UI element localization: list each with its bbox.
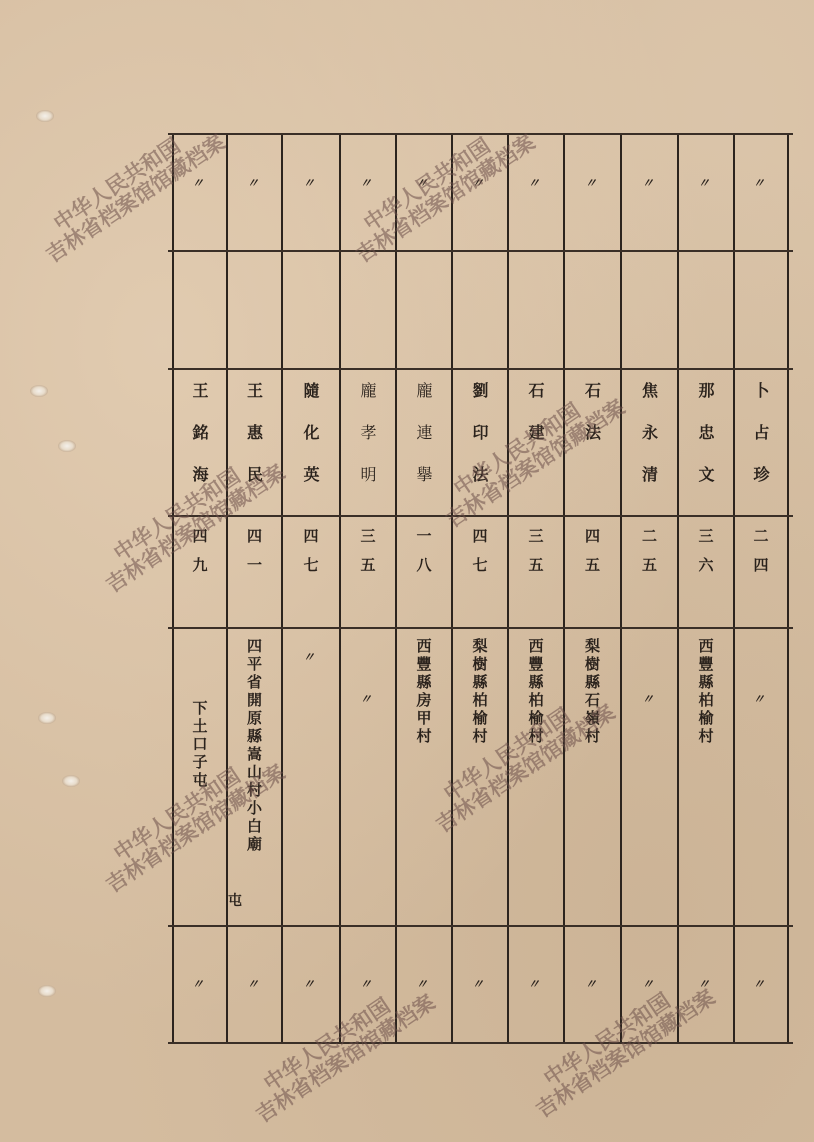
person-name: 卜占珍 xyxy=(733,382,787,512)
person-age: 四一 xyxy=(226,528,281,623)
table-row-rule xyxy=(168,1042,793,1044)
person-age: 二五 xyxy=(620,528,677,623)
person-age: 二四 xyxy=(733,528,787,623)
ditto-mark: 〃 xyxy=(359,975,376,992)
person-name: 焦永清 xyxy=(620,382,677,512)
person-name: 王銘海 xyxy=(172,382,226,512)
ditto-mark: 〃 xyxy=(245,174,262,191)
person-hometown: 西豐縣柏榆村 xyxy=(677,638,733,918)
person-age: 一八 xyxy=(395,528,451,623)
table-row-rule xyxy=(168,925,793,927)
person-name: 隨化英 xyxy=(281,382,339,512)
person-name: 龐孝明 xyxy=(339,382,395,512)
person-hometown: 四平省開原縣嵩山村小白廟 xyxy=(226,638,281,918)
table-row-rule xyxy=(168,250,793,252)
person-hometown: 西豐縣柏榆村 xyxy=(507,638,563,918)
person-hometown: 西豐縣房甲村 xyxy=(395,638,451,918)
person-age: 四七 xyxy=(451,528,507,623)
ditto-mark: 〃 xyxy=(302,975,319,992)
person-hometown: 梨樹縣石嶺村 xyxy=(563,638,620,918)
person-age: 四五 xyxy=(563,528,620,623)
person-age: 四七 xyxy=(281,528,339,623)
table-row-rule xyxy=(168,515,793,517)
punch-hole xyxy=(38,985,56,997)
person-hometown: 梨樹縣柏榆村 xyxy=(451,638,507,918)
ditto-mark: 〃 xyxy=(640,174,657,191)
ditto-mark: 〃 xyxy=(752,174,769,191)
person-name: 石法 xyxy=(563,382,620,512)
ditto-mark: 〃 xyxy=(697,975,714,992)
person-age: 三五 xyxy=(339,528,395,623)
ditto-mark: 〃 xyxy=(191,174,208,191)
person-age: 三六 xyxy=(677,528,733,623)
ditto-mark: 〃 xyxy=(527,174,544,191)
ditto-mark: 〃 xyxy=(640,690,657,707)
ditto-mark: 〃 xyxy=(640,975,657,992)
person-name: 劉印法 xyxy=(451,382,507,512)
person-name: 石建 xyxy=(507,382,563,512)
ditto-mark: 〃 xyxy=(527,975,544,992)
person-name: 那忠文 xyxy=(677,382,733,512)
ditto-mark: 〃 xyxy=(415,975,432,992)
table-row-rule xyxy=(168,368,793,370)
punch-hole xyxy=(30,385,48,397)
person-name: 龐連擧 xyxy=(395,382,451,512)
ditto-mark: 〃 xyxy=(752,690,769,707)
punch-hole xyxy=(58,440,76,452)
person-hometown: 下土口子屯 xyxy=(172,700,226,980)
ditto-mark: 〃 xyxy=(302,648,319,665)
ditto-mark: 〃 xyxy=(583,174,600,191)
ditto-mark: 〃 xyxy=(583,975,600,992)
ditto-mark: 〃 xyxy=(302,174,319,191)
ditto-mark: 〃 xyxy=(245,975,262,992)
person-age: 四九 xyxy=(172,528,226,623)
hometown-note: 屯 xyxy=(228,890,242,910)
table-row-rule xyxy=(168,627,793,629)
ditto-mark: 〃 xyxy=(697,174,714,191)
ditto-mark: 〃 xyxy=(359,174,376,191)
punch-hole xyxy=(36,110,54,122)
ditto-mark: 〃 xyxy=(471,174,488,191)
ditto-mark: 〃 xyxy=(415,174,432,191)
table-column-rule xyxy=(787,133,789,1042)
punch-hole xyxy=(38,712,56,724)
person-name: 王惠民 xyxy=(226,382,281,512)
ditto-mark: 〃 xyxy=(752,975,769,992)
ditto-mark: 〃 xyxy=(359,690,376,707)
punch-hole xyxy=(62,775,80,787)
ditto-mark: 〃 xyxy=(471,975,488,992)
table-row-rule xyxy=(168,133,793,135)
archive-page: 〃王銘海四九下土口子屯〃〃王惠民四一四平省開原縣嵩山村小白廟屯〃〃隨化英四七〃〃… xyxy=(0,0,814,1142)
person-age: 三五 xyxy=(507,528,563,623)
